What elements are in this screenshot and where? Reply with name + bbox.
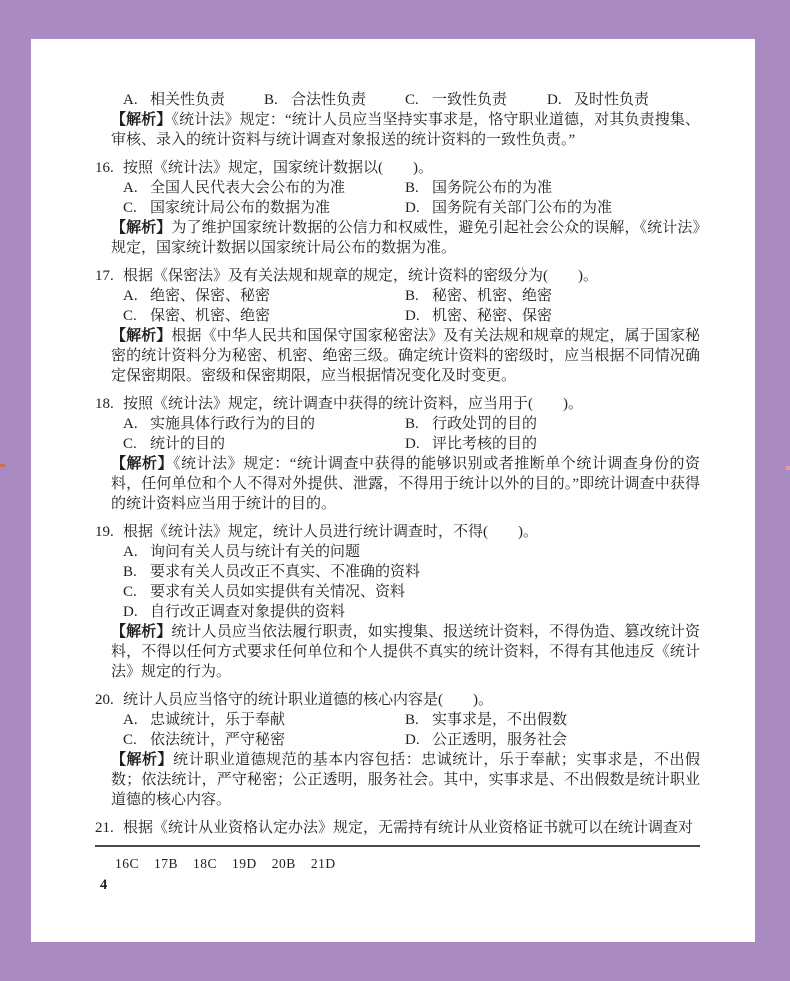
question-stem: 21.根据《统计从业资格认定办法》规定，无需持有统计从业资格证书就可以在统计调查… bbox=[95, 818, 700, 838]
question-15-continued: A.相关性负责 B.合法性负责 C.一致性负责 D.及时性负责 【解析】《统计法… bbox=[95, 90, 700, 150]
page-number: 4 bbox=[100, 877, 700, 894]
option-label: B. bbox=[405, 178, 432, 198]
option-label: C. bbox=[123, 582, 150, 602]
option-b: B.合法性负责 bbox=[264, 90, 405, 110]
answer-key-item: 16C bbox=[115, 856, 139, 872]
option-text: 全国人民代表大会公布的为准 bbox=[150, 178, 345, 198]
analysis-text: 统计职业道德规范的基本内容包括：忠诚统计，乐于奉献；实事求是，不出假数；依法统计… bbox=[111, 752, 700, 808]
option-text: 依法统计，严守秘密 bbox=[150, 730, 285, 750]
option-a: A.全国人民代表大会公布的为准 bbox=[123, 178, 405, 198]
option-c: C.统计的目的 bbox=[123, 434, 405, 454]
option-label: D. bbox=[405, 434, 432, 454]
option-c: C.国家统计局公布的数据为准 bbox=[123, 198, 405, 218]
question-20: 20.统计人员应当恪守的统计职业道德的核心内容是( )。 A.忠诚统计，乐于奉献… bbox=[95, 690, 700, 810]
question-16: 16.按照《统计法》规定，国家统计数据以( )。 A.全国人民代表大会公布的为准… bbox=[95, 158, 700, 258]
analysis: 【解析】根据《中华人民共和国保守国家秘密法》及有关法规和规章的规定，属于国家秘密… bbox=[111, 326, 700, 386]
option-text: 实事求是，不出假数 bbox=[432, 710, 567, 730]
answer-key-item: 20B bbox=[272, 856, 296, 872]
option-text: 一致性负责 bbox=[432, 90, 507, 110]
option-a: A.忠诚统计，乐于奉献 bbox=[123, 710, 405, 730]
question-text: 统计人员应当恪守的统计职业道德的核心内容是( )。 bbox=[123, 690, 493, 710]
question-19: 19.根据《统计法》规定，统计人员进行统计调查时，不得( )。 A.询问有关人员… bbox=[95, 522, 700, 682]
option-label: B. bbox=[264, 90, 291, 110]
analysis-label: 【解析】 bbox=[111, 456, 173, 472]
question-21: 21.根据《统计从业资格认定办法》规定，无需持有统计从业资格证书就可以在统计调查… bbox=[95, 818, 700, 838]
question-number: 21. bbox=[95, 818, 123, 838]
options-grid: A.绝密、保密、秘密 B.秘密、机密、绝密 C.保密、机密、绝密 D.机密、秘密… bbox=[123, 286, 700, 326]
answer-key: 16C 17B 18C 19D 20B 21D bbox=[115, 856, 700, 872]
question-text: 根据《统计从业资格认定办法》规定，无需持有统计从业资格证书就可以在统计调查对 bbox=[123, 818, 693, 838]
options-row: A.相关性负责 B.合法性负责 C.一致性负责 D.及时性负责 bbox=[123, 90, 700, 110]
analysis: 【解析】统计职业道德规范的基本内容包括：忠诚统计，乐于奉献；实事求是，不出假数；… bbox=[111, 750, 700, 810]
option-text: 要求有关人员改正不真实、不准确的资料 bbox=[150, 562, 420, 582]
option-b: B.秘密、机密、绝密 bbox=[405, 286, 700, 306]
option-b: B.要求有关人员改正不真实、不准确的资料 bbox=[123, 562, 700, 582]
answer-key-item: 21D bbox=[311, 856, 336, 872]
option-label: C. bbox=[123, 306, 150, 326]
analysis-label: 【解析】 bbox=[111, 112, 172, 128]
option-text: 保密、机密、绝密 bbox=[150, 306, 270, 326]
option-label: D. bbox=[405, 730, 432, 750]
option-text: 相关性负责 bbox=[150, 90, 225, 110]
option-d: D.及时性负责 bbox=[547, 90, 700, 110]
analysis-text: 统计人员应当依法履行职责，如实搜集、报送统计资料，不得伪造、篡改统计资料，不得以… bbox=[111, 624, 700, 680]
option-label: D. bbox=[547, 90, 574, 110]
option-text: 自行改正调查对象提供的资料 bbox=[150, 602, 345, 622]
option-c: C.依法统计，严守秘密 bbox=[123, 730, 405, 750]
option-label: A. bbox=[123, 542, 150, 562]
option-text: 合法性负责 bbox=[291, 90, 366, 110]
option-text: 国务院有关部门公布的为准 bbox=[432, 198, 612, 218]
question-number: 16. bbox=[95, 158, 123, 178]
options-grid: A.实施具体行政行为的目的 B.行政处罚的目的 C.统计的目的 D.评比考核的目… bbox=[123, 414, 700, 454]
option-label: B. bbox=[405, 414, 432, 434]
option-label: C. bbox=[123, 198, 150, 218]
option-d: D.自行改正调查对象提供的资料 bbox=[123, 602, 700, 622]
option-label: D. bbox=[405, 198, 432, 218]
question-number: 17. bbox=[95, 266, 123, 286]
option-label: D. bbox=[123, 602, 150, 622]
scan-mark-left bbox=[0, 464, 5, 467]
analysis-text: 《统计法》规定：“统计调查中获得的能够识别或者推断单个统计调查身份的资料，任何单… bbox=[111, 456, 700, 512]
question-stem: 16.按照《统计法》规定，国家统计数据以( )。 bbox=[95, 158, 700, 178]
analysis-text: 根据《中华人民共和国保守国家秘密法》及有关法规和规章的规定，属于国家秘密的统计资… bbox=[111, 328, 700, 384]
question-17: 17.根据《保密法》及有关法规和规章的规定，统计资料的密级分为( )。 A.绝密… bbox=[95, 266, 700, 386]
analysis: 【解析】《统计法》规定：“统计调查中获得的能够识别或者推断单个统计调查身份的资料… bbox=[111, 454, 700, 514]
option-label: A. bbox=[123, 286, 150, 306]
option-text: 评比考核的目的 bbox=[432, 434, 537, 454]
question-number: 20. bbox=[95, 690, 123, 710]
option-text: 忠诚统计，乐于奉献 bbox=[150, 710, 285, 730]
option-text: 秘密、机密、绝密 bbox=[432, 286, 552, 306]
question-text: 按照《统计法》规定，国家统计数据以( )。 bbox=[123, 158, 433, 178]
question-stem: 18.按照《统计法》规定，统计调查中获得的统计资料，应当用于( )。 bbox=[95, 394, 700, 414]
analysis: 【解析】为了维护国家统计数据的公信力和权威性，避免引起社会公众的误解，《统计法》… bbox=[111, 218, 700, 258]
analysis: 【解析】《统计法》规定：“统计人员应当坚持实事求是，恪守职业道德，对其负责搜集、… bbox=[111, 110, 700, 150]
analysis-label: 【解析】 bbox=[111, 752, 173, 768]
question-stem: 20.统计人员应当恪守的统计职业道德的核心内容是( )。 bbox=[95, 690, 700, 710]
analysis: 【解析】统计人员应当依法履行职责，如实搜集、报送统计资料，不得伪造、篡改统计资料… bbox=[111, 622, 700, 682]
option-label: B. bbox=[405, 286, 432, 306]
analysis-label: 【解析】 bbox=[111, 220, 171, 236]
option-a: A.实施具体行政行为的目的 bbox=[123, 414, 405, 434]
footer-divider bbox=[95, 845, 700, 847]
option-d: D.公正透明，服务社会 bbox=[405, 730, 700, 750]
option-b: B.国务院公布的为准 bbox=[405, 178, 700, 198]
options-grid: A.忠诚统计，乐于奉献 B.实事求是，不出假数 C.依法统计，严守秘密 D.公正… bbox=[123, 710, 700, 750]
option-text: 询问有关人员与统计有关的问题 bbox=[150, 542, 360, 562]
question-stem: 17.根据《保密法》及有关法规和规章的规定，统计资料的密级分为( )。 bbox=[95, 266, 700, 286]
option-text: 国务院公布的为准 bbox=[432, 178, 552, 198]
page-content: A.相关性负责 B.合法性负责 C.一致性负责 D.及时性负责 【解析】《统计法… bbox=[95, 90, 700, 838]
page-footer: 16C 17B 18C 19D 20B 21D 4 bbox=[95, 845, 700, 894]
option-label: C. bbox=[123, 434, 150, 454]
question-text: 根据《统计法》规定，统计人员进行统计调查时，不得( )。 bbox=[123, 522, 538, 542]
option-a: A.绝密、保密、秘密 bbox=[123, 286, 405, 306]
question-text: 按照《统计法》规定，统计调查中获得的统计资料，应当用于( )。 bbox=[123, 394, 583, 414]
analysis-label: 【解析】 bbox=[111, 624, 171, 640]
answer-key-item: 17B bbox=[154, 856, 178, 872]
option-label: A. bbox=[123, 90, 150, 110]
analysis-text: 为了维护国家统计数据的公信力和权威性，避免引起社会公众的误解，《统计法》规定，国… bbox=[111, 220, 700, 256]
analysis-text: 《统计法》规定：“统计人员应当坚持实事求是，恪守职业道德，对其负责搜集、审核、录… bbox=[111, 112, 700, 148]
option-text: 绝密、保密、秘密 bbox=[150, 286, 270, 306]
option-d: D.评比考核的目的 bbox=[405, 434, 700, 454]
book-cover-background: A.相关性负责 B.合法性负责 C.一致性负责 D.及时性负责 【解析】《统计法… bbox=[0, 0, 790, 981]
analysis-label: 【解析】 bbox=[111, 328, 171, 344]
option-d: D.国务院有关部门公布的为准 bbox=[405, 198, 700, 218]
scan-mark-right bbox=[786, 466, 790, 470]
question-text: 根据《保密法》及有关法规和规章的规定，统计资料的密级分为( )。 bbox=[123, 266, 598, 286]
option-a: A.询问有关人员与统计有关的问题 bbox=[123, 542, 700, 562]
question-18: 18.按照《统计法》规定，统计调查中获得的统计资料，应当用于( )。 A.实施具… bbox=[95, 394, 700, 514]
option-label: A. bbox=[123, 414, 150, 434]
option-label: B. bbox=[123, 562, 150, 582]
question-stem: 19.根据《统计法》规定，统计人员进行统计调查时，不得( )。 bbox=[95, 522, 700, 542]
option-c: C.要求有关人员如实提供有关情况、资料 bbox=[123, 582, 700, 602]
option-text: 机密、秘密、保密 bbox=[432, 306, 552, 326]
option-a: A.相关性负责 bbox=[123, 90, 264, 110]
option-label: A. bbox=[123, 710, 150, 730]
option-b: B.实事求是，不出假数 bbox=[405, 710, 700, 730]
option-label: B. bbox=[405, 710, 432, 730]
option-label: C. bbox=[405, 90, 432, 110]
option-text: 要求有关人员如实提供有关情况、资料 bbox=[150, 582, 405, 602]
answer-key-item: 18C bbox=[193, 856, 217, 872]
option-d: D.机密、秘密、保密 bbox=[405, 306, 700, 326]
question-number: 19. bbox=[95, 522, 123, 542]
option-label: A. bbox=[123, 178, 150, 198]
option-text: 行政处罚的目的 bbox=[432, 414, 537, 434]
option-c: C.保密、机密、绝密 bbox=[123, 306, 405, 326]
option-label: C. bbox=[123, 730, 150, 750]
answer-key-item: 19D bbox=[232, 856, 257, 872]
option-text: 国家统计局公布的数据为准 bbox=[150, 198, 330, 218]
option-text: 公正透明，服务社会 bbox=[432, 730, 567, 750]
option-label: D. bbox=[405, 306, 432, 326]
question-number: 18. bbox=[95, 394, 123, 414]
options-list: A.询问有关人员与统计有关的问题 B.要求有关人员改正不真实、不准确的资料 C.… bbox=[123, 542, 700, 622]
option-c: C.一致性负责 bbox=[405, 90, 547, 110]
option-text: 实施具体行政行为的目的 bbox=[150, 414, 315, 434]
exam-page: A.相关性负责 B.合法性负责 C.一致性负责 D.及时性负责 【解析】《统计法… bbox=[31, 39, 755, 942]
option-b: B.行政处罚的目的 bbox=[405, 414, 700, 434]
options-grid: A.全国人民代表大会公布的为准 B.国务院公布的为准 C.国家统计局公布的数据为… bbox=[123, 178, 700, 218]
option-text: 及时性负责 bbox=[574, 90, 649, 110]
option-text: 统计的目的 bbox=[150, 434, 225, 454]
